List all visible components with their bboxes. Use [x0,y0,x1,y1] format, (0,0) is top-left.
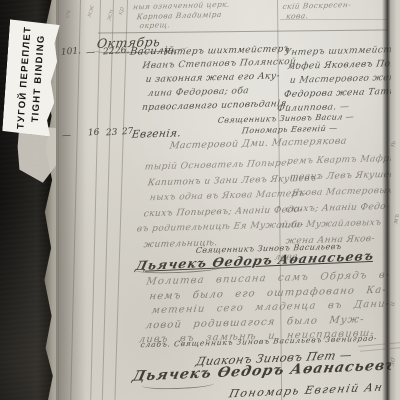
previous-entry-fragment-right: скій Воскресен- кова. [281,0,352,21]
edge-mark: мъ [391,213,400,225]
parents-text: Иванъ Степановъ Полянской, и законная же… [136,55,300,115]
day-born: 23 [106,128,118,139]
handwriting-line: скій Воскресен- [282,0,352,11]
previous-entry-fragment-left: ныя означенной церк. Карпова Владиміра о… [130,0,231,31]
book-scan: ныя означенной церк. Карпова Владиміра о… [0,0,400,400]
edge-mark: ѣ [389,140,398,147]
facing-page-sliver [391,0,400,400]
edge-mark: лд [388,357,397,367]
record-number-female: 16 [88,128,100,139]
day-baptized: 26. [115,46,130,57]
record-number-female: — [86,48,96,59]
handwriting-line: кова. [286,10,351,21]
day-born: 22 [103,47,115,58]
record-number-male: — [62,131,72,142]
column-rule [58,0,59,400]
record-number-male: 101. [61,46,82,57]
page-fold [382,0,391,400]
